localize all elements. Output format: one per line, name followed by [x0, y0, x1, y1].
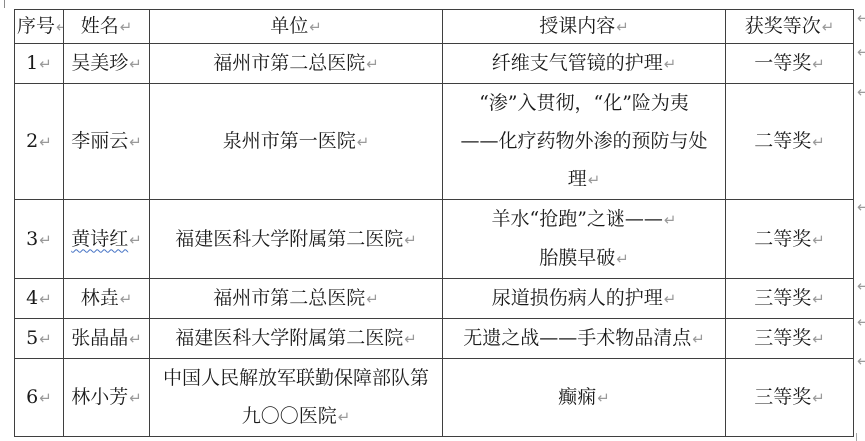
- cell-text: ——化疗药物外渗的预防与处: [460, 130, 707, 152]
- cell-text: 李丽云: [71, 130, 128, 152]
- cell-unit[interactable]: 中国人民解放军联勤保障部队第九〇〇医院↵: [150, 359, 443, 437]
- cell-end-mark: ↵: [811, 330, 825, 348]
- cell-end-mark: ↵: [365, 55, 379, 73]
- cell-text: 纤维支气管镜的护理: [492, 52, 663, 74]
- cell-end-mark: ↵: [811, 389, 825, 407]
- cell-end-mark: ↵: [615, 18, 629, 36]
- cell-end-mark: ↵: [128, 389, 142, 407]
- cell-award[interactable]: 一等奖↵: [726, 44, 854, 84]
- header-cell-name[interactable]: 姓名↵: [64, 10, 150, 44]
- cell-end-mark: ↵: [663, 55, 677, 73]
- cell-content[interactable]: 纤维支气管镜的护理↵: [443, 44, 726, 84]
- cell-end-mark: ↵: [663, 290, 677, 308]
- cell-name[interactable]: 林垚↵: [64, 279, 150, 319]
- cell-end-mark: ↵: [128, 133, 142, 151]
- header-cell-no[interactable]: 序号↵: [15, 10, 64, 44]
- cell-end-mark: ↵: [337, 408, 351, 426]
- row-end-mark: ↵: [857, 45, 865, 60]
- cell-text: 二等奖: [754, 228, 811, 250]
- cell-end-mark: ↵: [596, 389, 610, 407]
- cell-content[interactable]: 无遗之战——手术物品清点↵: [443, 319, 726, 359]
- cell-end-mark: ↵: [38, 133, 52, 151]
- cell-award[interactable]: 二等奖↵: [726, 200, 854, 279]
- cell-name[interactable]: 吴美珍↵: [64, 44, 150, 84]
- header-label: 授课内容: [539, 15, 615, 37]
- cell-unit[interactable]: 福建医科大学附属第二医院↵: [150, 319, 443, 359]
- cell-end-mark: ↵: [811, 290, 825, 308]
- cell-no[interactable]: 4↵: [15, 279, 64, 319]
- cell-name[interactable]: 黄诗红↵: [64, 200, 150, 279]
- row-end-mark: ↵: [857, 11, 865, 26]
- row-end-mark: ↵: [857, 85, 865, 100]
- cell-text: 3: [26, 228, 38, 250]
- cell-text: 福建医科大学附属第二医院: [175, 327, 403, 349]
- cell-end-mark: ↵: [811, 55, 825, 73]
- cell-end-mark: ↵: [615, 250, 629, 268]
- table-row: 3↵黄诗红↵福建医科大学附属第二医院↵羊水“抢跑”之谜——↵胎膜早破↵二等奖↵: [15, 200, 854, 279]
- cell-content[interactable]: 癫痫↵: [443, 359, 726, 437]
- cell-text-spellchecked: 黄诗红: [71, 228, 128, 250]
- header-cell-award[interactable]: 获奖等次↵: [726, 10, 854, 44]
- row-end-mark: ↵: [857, 354, 865, 369]
- header-label: 获奖等次: [745, 15, 821, 37]
- cell-unit[interactable]: 福州市第二总医院↵: [150, 44, 443, 84]
- cell-text: 福建医科大学附属第二医院: [175, 228, 403, 250]
- cell-text: 中国人民解放军联勤保障部队第: [163, 367, 429, 389]
- cell-end-mark: ↵: [365, 290, 379, 308]
- cell-no[interactable]: 2↵: [15, 84, 64, 200]
- header-label: 序号: [17, 15, 55, 37]
- cell-text: 九〇〇医院: [242, 405, 337, 427]
- table-row: 6↵林小芳↵中国人民解放军联勤保障部队第九〇〇医院↵癫痫↵三等奖↵: [15, 359, 854, 437]
- cell-text: 6: [26, 386, 38, 408]
- cell-no[interactable]: 1↵: [15, 44, 64, 84]
- cell-end-mark: ↵: [38, 290, 52, 308]
- cell-end-mark: ↵: [356, 133, 370, 151]
- cell-no[interactable]: 3↵: [15, 200, 64, 279]
- cell-name[interactable]: 张晶晶↵: [64, 319, 150, 359]
- row-end-mark: ↵: [857, 315, 865, 330]
- cell-text: 4: [26, 287, 38, 309]
- cell-text: 尿道损伤病人的护理: [492, 287, 663, 309]
- cell-text: 二等奖: [754, 130, 811, 152]
- cell-text: 1: [26, 52, 38, 74]
- cell-no[interactable]: 5↵: [15, 319, 64, 359]
- header-label: 单位: [270, 15, 308, 37]
- cell-content[interactable]: 羊水“抢跑”之谜——↵胎膜早破↵: [443, 200, 726, 279]
- cell-text: 福州市第二总医院: [213, 52, 365, 74]
- cell-text: 理: [568, 168, 587, 190]
- table-row: 2↵李丽云↵泉州市第一医院↵“渗”入贯彻，“化”险为夷——化疗药物外渗的预防与处…: [15, 84, 854, 200]
- cell-text: 三等奖: [754, 327, 811, 349]
- cell-unit[interactable]: 福建医科大学附属第二医院↵: [150, 200, 443, 279]
- cell-content[interactable]: “渗”入贯彻，“化”险为夷——化疗药物外渗的预防与处理↵: [443, 84, 726, 200]
- cell-award[interactable]: 三等奖↵: [726, 319, 854, 359]
- header-label: 姓名: [81, 15, 119, 37]
- cell-award[interactable]: 二等奖↵: [726, 84, 854, 200]
- cell-end-mark: ↵: [308, 18, 322, 36]
- document-page: 序号↵ 姓名↵ 单位↵ 授课内容↵ 获奖等次↵ 1↵吴美珍↵福州市第二总医院↵纤…: [0, 0, 865, 441]
- cell-end-mark: ↵: [821, 18, 835, 36]
- cell-end-mark: ↵: [38, 330, 52, 348]
- award-table: 序号↵ 姓名↵ 单位↵ 授课内容↵ 获奖等次↵ 1↵吴美珍↵福州市第二总医院↵纤…: [14, 9, 854, 437]
- cell-text: 胎膜早破: [539, 247, 615, 269]
- header-cell-content[interactable]: 授课内容↵: [443, 10, 726, 44]
- header-row: 序号↵ 姓名↵ 单位↵ 授课内容↵ 获奖等次↵: [15, 10, 854, 44]
- header-cell-unit[interactable]: 单位↵: [150, 10, 443, 44]
- cell-award[interactable]: 三等奖↵: [726, 359, 854, 437]
- cell-text: 泉州市第一医院: [223, 130, 356, 152]
- cell-text: 无遗之战——手术物品清点: [463, 327, 691, 349]
- cell-name[interactable]: 李丽云↵: [64, 84, 150, 200]
- cell-text: “渗”入贯彻，“化”险为夷: [479, 92, 689, 114]
- cell-no[interactable]: 6↵: [15, 359, 64, 437]
- row-end-mark: ↵: [857, 200, 865, 215]
- cell-unit[interactable]: 泉州市第一医院↵: [150, 84, 443, 200]
- cell-end-mark: ↵: [38, 55, 52, 73]
- cell-text: 吴美珍: [71, 52, 128, 74]
- table-row: 1↵吴美珍↵福州市第二总医院↵纤维支气管镜的护理↵一等奖↵: [15, 44, 854, 84]
- cell-text: 林垚: [81, 287, 119, 309]
- cell-unit[interactable]: 福州市第二总医院↵: [150, 279, 443, 319]
- cell-end-mark: ↵: [403, 330, 417, 348]
- row-end-mark: ↵: [857, 279, 865, 294]
- cell-end-mark: ↵: [38, 231, 52, 249]
- cell-text: 张晶晶: [71, 327, 128, 349]
- cell-end-mark: ↵: [403, 231, 417, 249]
- cell-end-mark: ↵: [691, 330, 705, 348]
- table-row: 5↵张晶晶↵福建医科大学附属第二医院↵无遗之战——手术物品清点↵三等奖↵: [15, 319, 854, 359]
- cell-end-mark: ↵: [587, 171, 601, 189]
- cell-content[interactable]: 尿道损伤病人的护理↵: [443, 279, 726, 319]
- cell-end-mark: ↵: [128, 231, 142, 249]
- cell-text: 一等奖: [754, 52, 811, 74]
- cell-end-mark: ↵: [119, 18, 133, 36]
- border-fragment-bottom-right: [856, 433, 857, 441]
- cell-end-mark: ↵: [119, 290, 133, 308]
- table-row: 4↵林垚↵福州市第二总医院↵尿道损伤病人的护理↵三等奖↵: [15, 279, 854, 319]
- cell-text: 癫痫: [558, 386, 596, 408]
- cell-text: 三等奖: [754, 386, 811, 408]
- cell-award[interactable]: 三等奖↵: [726, 279, 854, 319]
- border-fragment-top-left: [4, 0, 5, 8]
- cell-name[interactable]: 林小芳↵: [64, 359, 150, 437]
- cell-end-mark: ↵: [38, 389, 52, 407]
- cell-end-mark: ↵: [55, 18, 63, 36]
- cell-text: 羊水“抢跑”之谜——: [491, 208, 662, 230]
- cell-text: 林小芳: [71, 386, 128, 408]
- cell-text: 2: [26, 130, 38, 152]
- cell-end-mark: ↵: [811, 231, 825, 249]
- cell-text: 三等奖: [754, 287, 811, 309]
- cell-end-mark: ↵: [811, 133, 825, 151]
- cell-end-mark: ↵: [663, 211, 677, 229]
- cell-text: 5: [26, 327, 38, 349]
- cell-text: 福州市第二总医院: [213, 287, 365, 309]
- cell-end-mark: ↵: [128, 330, 142, 348]
- cell-end-mark: ↵: [128, 55, 142, 73]
